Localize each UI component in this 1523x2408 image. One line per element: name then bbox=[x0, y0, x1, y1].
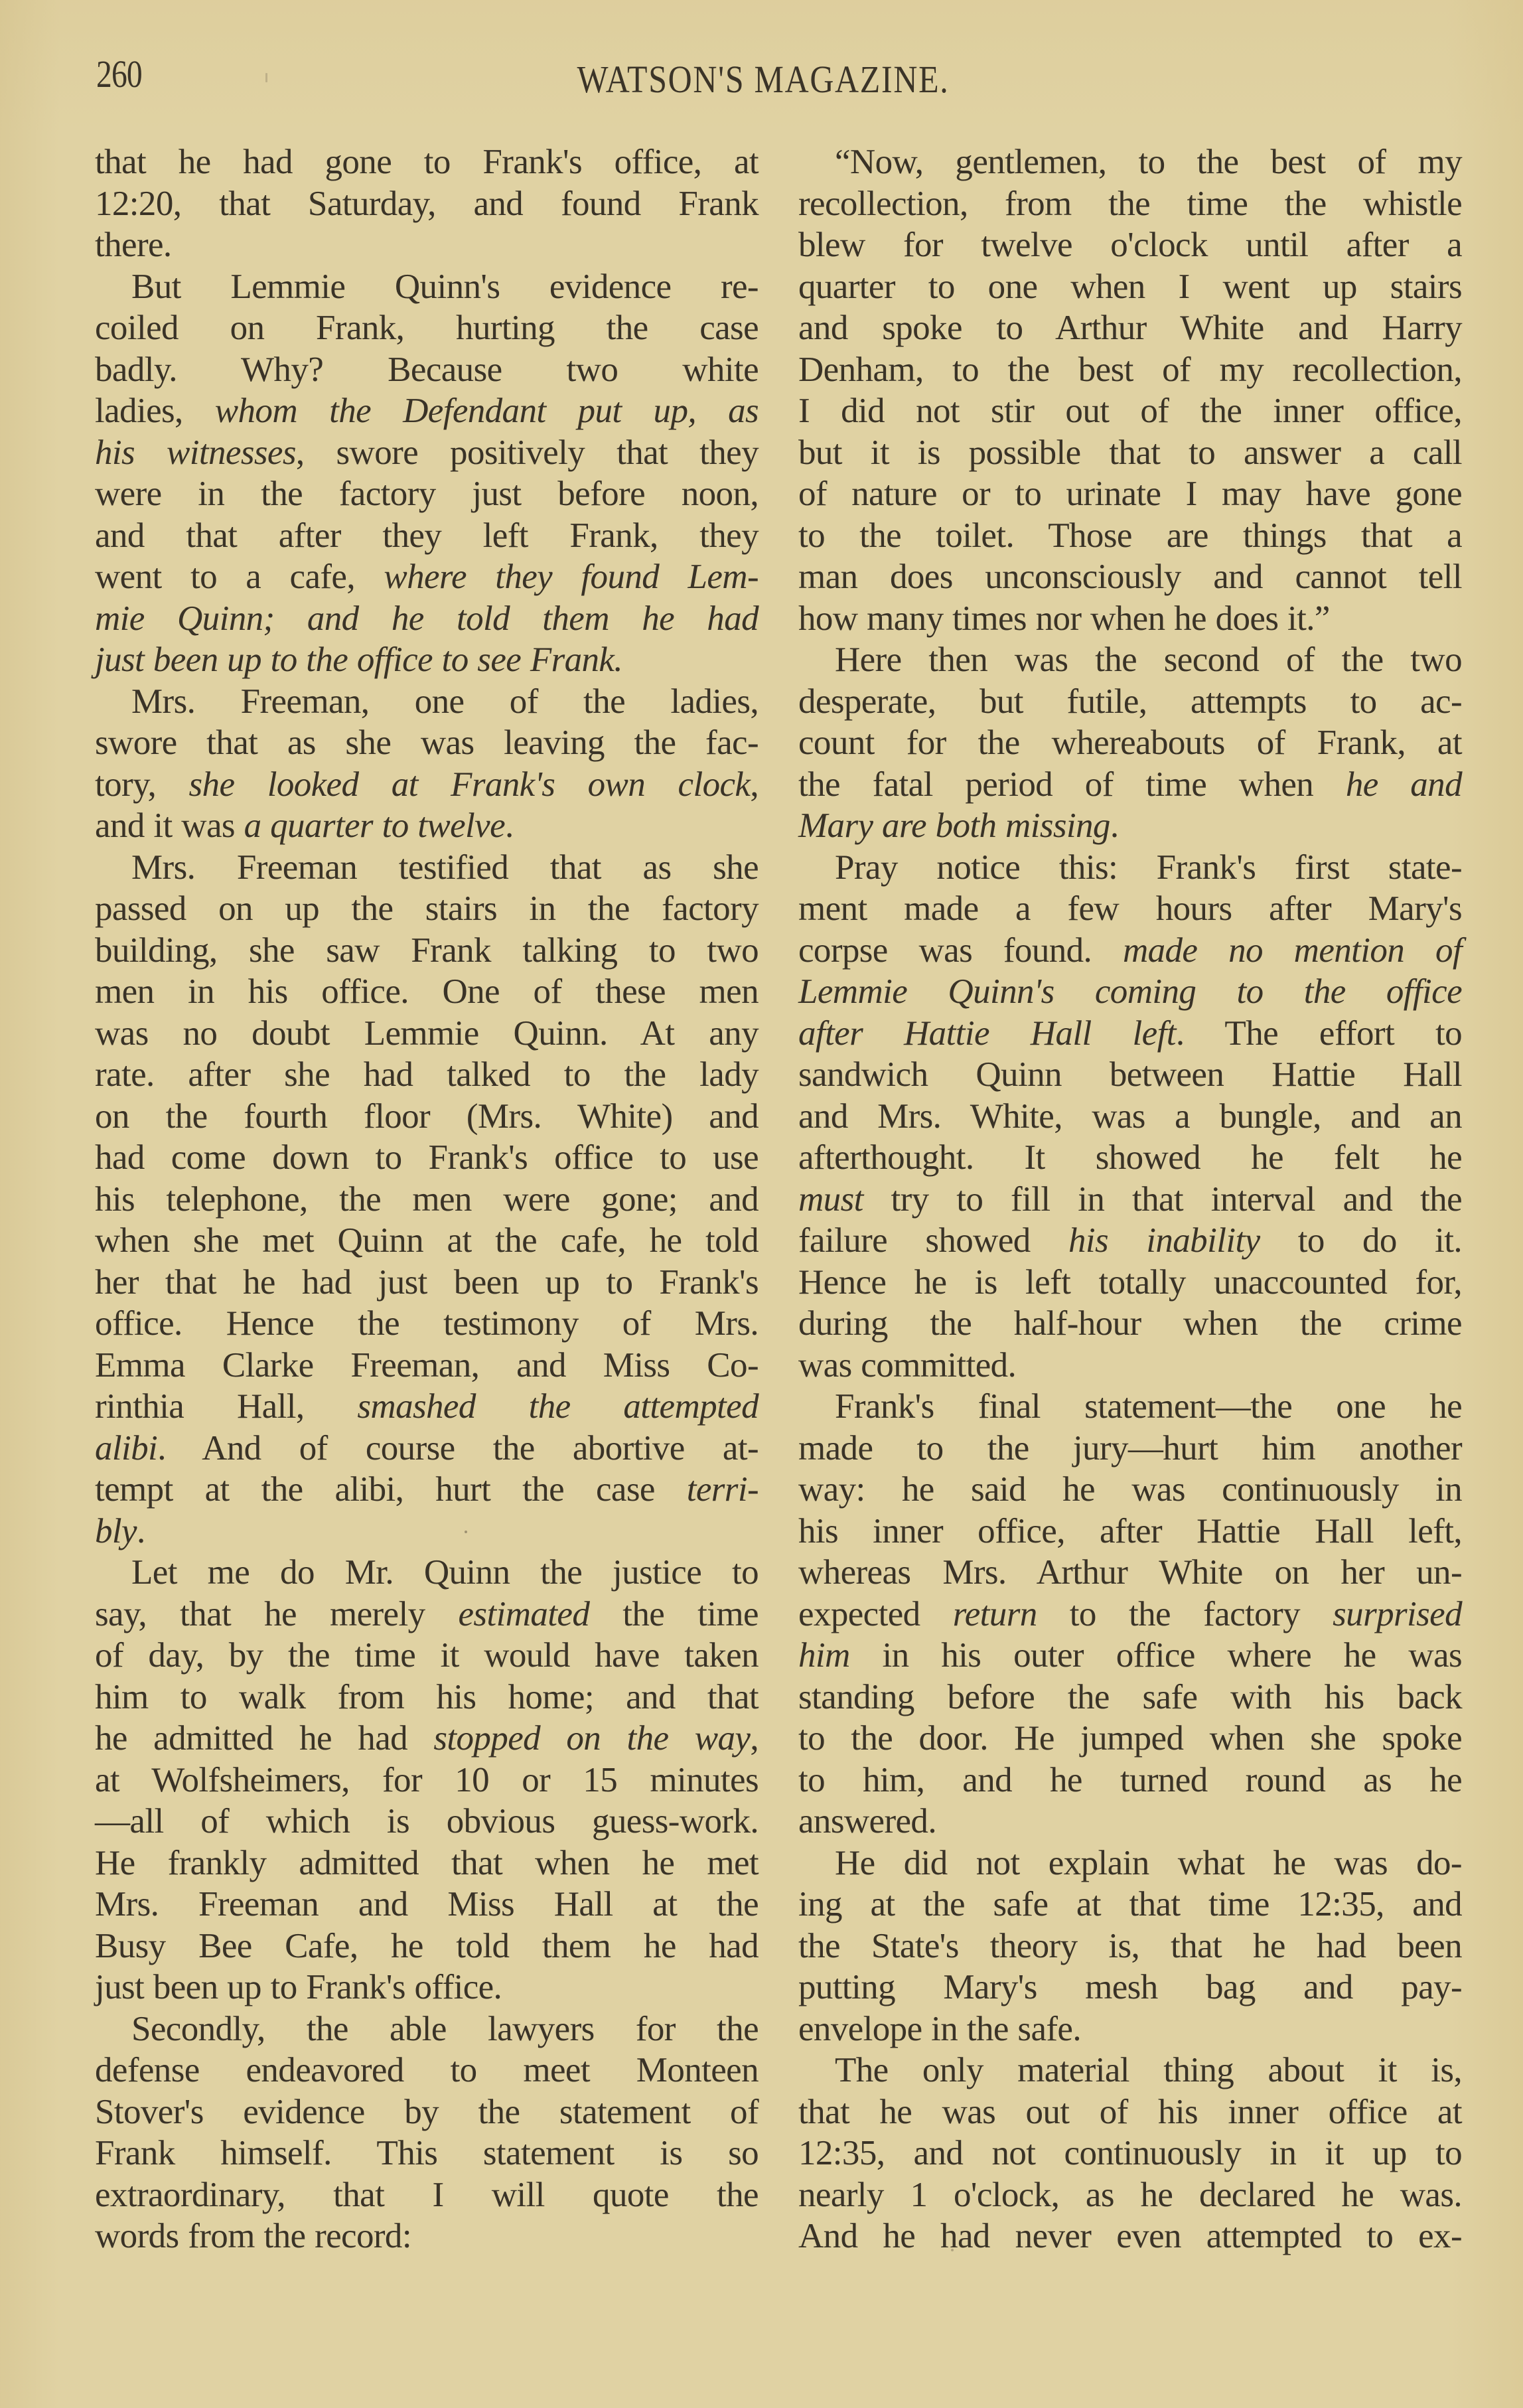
text-run: was no doubt Lemmie Quinn. At any bbox=[95, 1014, 759, 1053]
text-run: answered. bbox=[798, 1802, 936, 1841]
text-run: envelope in the safe. bbox=[798, 2010, 1081, 2048]
text-run: to do it. bbox=[1260, 1221, 1463, 1260]
text-line: his telephone, the men were gone; and bbox=[95, 1179, 759, 1221]
text-run: The only material thing about it is, bbox=[835, 2051, 1462, 2089]
text-line: 12:20, that Saturday, and found Frank bbox=[95, 183, 759, 225]
text-run: Mrs. Freeman testified that as she bbox=[131, 848, 759, 887]
text-run: . bbox=[137, 1512, 145, 1550]
paragraph-first-line: But Lemmie Quinn's evidence re- bbox=[95, 266, 759, 308]
text-run: to him, and he turned round as he bbox=[798, 1761, 1462, 1799]
text-line: alibi. And of course the abortive at- bbox=[95, 1428, 759, 1469]
text-line: Mary are both missing. bbox=[798, 805, 1462, 847]
text-line: must try to fill in that interval and th… bbox=[798, 1179, 1462, 1221]
text-line: failure showed his inability to do it. bbox=[798, 1220, 1462, 1262]
text-run: And he had never even attempted to ex- bbox=[798, 2217, 1462, 2255]
text-run: recollection, from the time the whistle bbox=[798, 185, 1462, 223]
text-line: the fatal period of time when he and bbox=[798, 764, 1462, 806]
text-run: . The effort to bbox=[1176, 1014, 1462, 1053]
text-run: at Wolfsheimers, for 10 or 15 minutes bbox=[95, 1761, 759, 1799]
text-run: coiled on Frank, hurting the case bbox=[95, 309, 759, 347]
text-line: that he had gone to Frank's office, at bbox=[95, 141, 759, 183]
text-run: sandwich Quinn between Hattie Hall bbox=[798, 1055, 1462, 1094]
text-run: his telephone, the men were gone; and bbox=[95, 1180, 759, 1219]
text-run: to the toilet. Those are things that a bbox=[798, 516, 1462, 555]
text-line: tempt at the alibi, hurt the case terri- bbox=[95, 1469, 759, 1511]
text-line: the State's theory is, that he had been bbox=[798, 1925, 1462, 1967]
text-run: Denham, to the best of my recollection, bbox=[798, 350, 1462, 389]
text-line: at Wolfsheimers, for 10 or 15 minutes bbox=[95, 1760, 759, 1801]
text-run: He did not explain what he was do- bbox=[835, 1844, 1462, 1882]
text-run: that he was out of his inner office at bbox=[798, 2093, 1462, 2131]
text-line: and spoke to Arthur White and Harry bbox=[798, 307, 1462, 349]
text-run: him to walk from his home; and that bbox=[95, 1678, 759, 1716]
text-run: standing before the safe with his back bbox=[798, 1678, 1462, 1716]
paragraph-first-line: Let me do Mr. Quinn the justice to bbox=[95, 1552, 759, 1594]
text-run: extraordinary, that I will quote the bbox=[95, 2176, 759, 2214]
page-number: 260 bbox=[96, 52, 142, 96]
text-line: Emma Clarke Freeman, and Miss Co- bbox=[95, 1345, 759, 1387]
text-line: his witnesses, swore positively that the… bbox=[95, 432, 759, 474]
text-line: nearly 1 o'clock, as he declared he was. bbox=[798, 2174, 1462, 2216]
text-line: putting Mary's mesh bag and pay- bbox=[798, 1967, 1462, 2008]
text-line: Mrs. Freeman and Miss Hall at the bbox=[95, 1884, 759, 1925]
running-head: 260 WATSON'S MAGAZINE. bbox=[0, 45, 1523, 98]
italic-emphasis: terri- bbox=[687, 1470, 759, 1509]
text-line: had come down to Frank's office to use bbox=[95, 1137, 759, 1179]
text-run: —all of which is obvious guess-work. bbox=[95, 1802, 759, 1841]
text-line: men in his office. One of these men bbox=[95, 971, 759, 1013]
text-line: made to the jury—hurt him another bbox=[798, 1428, 1462, 1469]
text-line: words from the record: bbox=[95, 2216, 759, 2257]
text-line: corpse was found. made no mention of bbox=[798, 930, 1462, 972]
text-run: Busy Bee Cafe, he told them he had bbox=[95, 1927, 759, 1965]
italic-emphasis: just been up to the office to see Frank. bbox=[95, 640, 622, 679]
text-line: rinthia Hall, smashed the attempted bbox=[95, 1386, 759, 1428]
text-run: tory, bbox=[95, 765, 189, 804]
text-run: Let me do Mr. Quinn the justice to bbox=[131, 1553, 759, 1592]
text-run: Frank's final statement—the one he bbox=[835, 1387, 1462, 1426]
text-line: way: he said he was continuously in bbox=[798, 1469, 1462, 1511]
text-run: and Mrs. White, was a bungle, and an bbox=[798, 1097, 1462, 1136]
italic-emphasis: alibi bbox=[95, 1429, 157, 1467]
text-run: ing at the safe at that time 12:35, and bbox=[798, 1885, 1462, 1923]
italic-emphasis: must bbox=[798, 1180, 863, 1219]
italic-emphasis: return bbox=[953, 1595, 1037, 1633]
text-run: way: he said he was continuously in bbox=[798, 1470, 1462, 1509]
text-line: ing at the safe at that time 12:35, and bbox=[798, 1884, 1462, 1925]
text-line: during the half-hour when the crime bbox=[798, 1303, 1462, 1345]
italic-emphasis: him bbox=[798, 1636, 850, 1675]
text-line: to the toilet. Those are things that a bbox=[798, 515, 1462, 557]
text-line: extraordinary, that I will quote the bbox=[95, 2174, 759, 2216]
text-run: , bbox=[750, 1719, 759, 1758]
text-line: her that he had just been up to Frank's bbox=[95, 1262, 759, 1304]
text-run: putting Mary's mesh bag and pay- bbox=[798, 1968, 1462, 2006]
text-run: Stover's evidence by the statement of bbox=[95, 2093, 759, 2131]
text-run: quarter to one when I went up stairs bbox=[798, 267, 1462, 306]
text-line: Busy Bee Cafe, he told them he had bbox=[95, 1925, 759, 1967]
text-run: on the fourth floor (Mrs. White) and bbox=[95, 1097, 759, 1136]
text-run: were in the factory just before noon, bbox=[95, 475, 759, 513]
text-line: of nature or to urinate I may have gone bbox=[798, 473, 1462, 515]
text-run: ladies, bbox=[95, 392, 215, 430]
text-run: nearly 1 o'clock, as he declared he was. bbox=[798, 2176, 1462, 2214]
text-line: count for the whereabouts of Frank, at bbox=[798, 722, 1462, 764]
italic-emphasis: after Hattie Hall left bbox=[798, 1014, 1176, 1053]
text-run: . bbox=[1110, 806, 1119, 845]
text-run: just been up to Frank's office. bbox=[95, 1968, 502, 2006]
text-line: when she met Quinn at the cafe, he told bbox=[95, 1220, 759, 1262]
text-line: Lemmie Quinn's coming to the office bbox=[798, 971, 1462, 1013]
text-line: recollection, from the time the whistle bbox=[798, 183, 1462, 225]
text-line: standing before the safe with his back bbox=[798, 1677, 1462, 1718]
text-line: passed on up the stairs in the factory bbox=[95, 888, 759, 930]
text-run: badly. Why? Because two white bbox=[95, 350, 759, 389]
text-run: when she met Quinn at the cafe, he told bbox=[95, 1221, 759, 1260]
print-speck bbox=[951, 2249, 954, 2251]
text-line: ment made a few hours after Mary's bbox=[798, 888, 1462, 930]
text-line: mie Quinn; and he told them he had bbox=[95, 598, 759, 640]
text-run: went to a cafe, bbox=[95, 558, 384, 596]
text-run: desperate, but futile, attempts to ac- bbox=[798, 682, 1462, 721]
paragraph-first-line: Secondly, the able lawyers for the bbox=[95, 2008, 759, 2050]
italic-emphasis: estimated bbox=[459, 1595, 590, 1633]
text-line: Denham, to the best of my recollection, bbox=[798, 349, 1462, 391]
text-line: how many times nor when he does it.” bbox=[798, 598, 1462, 640]
text-line: on the fourth floor (Mrs. White) and bbox=[95, 1096, 759, 1138]
text-run: swore that as she was leaving the fac- bbox=[95, 723, 759, 762]
text-run: 12:35, and not continuously in it up to bbox=[798, 2134, 1462, 2172]
text-run: of nature or to urinate I may have gone bbox=[798, 475, 1462, 513]
text-line: to him, and he turned round as he bbox=[798, 1760, 1462, 1801]
text-run: He frankly admitted that when he met bbox=[95, 1844, 759, 1882]
text-run: had come down to Frank's office to use bbox=[95, 1138, 759, 1177]
text-line: to the door. He jumped when she spoke bbox=[798, 1718, 1462, 1760]
text-run: that he had gone to Frank's office, at bbox=[95, 143, 759, 181]
text-run: Frank himself. This statement is so bbox=[95, 2134, 759, 2172]
text-line: expected return to the factory surprised bbox=[798, 1594, 1462, 1635]
text-run: the time bbox=[589, 1595, 759, 1633]
text-line: building, she saw Frank talking to two bbox=[95, 930, 759, 972]
text-line: office. Hence the testimony of Mrs. bbox=[95, 1303, 759, 1345]
italic-emphasis: smashed the attempted bbox=[357, 1387, 759, 1426]
text-run: there. bbox=[95, 226, 172, 264]
text-line: And he had never even attempted to ex- bbox=[798, 2216, 1462, 2257]
italic-emphasis: his inability bbox=[1068, 1221, 1260, 1260]
text-run: afterthought. It showed he felt he bbox=[798, 1138, 1462, 1177]
paragraph-first-line: Mrs. Freeman testified that as she bbox=[95, 847, 759, 889]
text-run: failure showed bbox=[798, 1221, 1068, 1260]
italic-emphasis: mie Quinn; and he told them he had bbox=[95, 599, 759, 638]
paragraph-first-line: Here then was the second of the two bbox=[798, 639, 1462, 681]
text-run: the fatal period of time when bbox=[798, 765, 1346, 804]
left-text-column: that he had gone to Frank's office, at12… bbox=[95, 141, 759, 2257]
text-run: whereas Mrs. Arthur White on her un- bbox=[798, 1553, 1462, 1592]
text-run: made to the jury—hurt him another bbox=[798, 1429, 1462, 1467]
text-run: ment made a few hours after Mary's bbox=[798, 889, 1462, 928]
text-run: “Now, gentlemen, to the best of my bbox=[835, 143, 1462, 181]
text-run: say, that he merely bbox=[95, 1595, 459, 1633]
magazine-page: 260 WATSON'S MAGAZINE. that he had gone … bbox=[0, 0, 1523, 2408]
text-line: that he was out of his inner office at bbox=[798, 2091, 1462, 2133]
print-speck bbox=[265, 73, 267, 82]
text-line: coiled on Frank, hurting the case bbox=[95, 307, 759, 349]
text-line: say, that he merely estimated the time bbox=[95, 1594, 759, 1635]
text-line: went to a cafe, where they found Lem- bbox=[95, 556, 759, 598]
text-line: I did not stir out of the inner office, bbox=[798, 390, 1462, 432]
text-line: ladies, whom the Defendant put up, as bbox=[95, 390, 759, 432]
text-line: were in the factory just before noon, bbox=[95, 473, 759, 515]
text-run: Here then was the second of the two bbox=[835, 640, 1462, 679]
text-run: he admitted he had bbox=[95, 1719, 433, 1758]
text-run: her that he had just been up to Frank's bbox=[95, 1263, 759, 1302]
text-line: Stover's evidence by the statement of bbox=[95, 2091, 759, 2133]
text-run: the State's theory is, that he had been bbox=[798, 1927, 1462, 1965]
text-run: Mrs. Freeman and Miss Hall at the bbox=[95, 1885, 759, 1923]
text-run: expected bbox=[798, 1595, 953, 1633]
text-run: defense endeavored to meet Monteen bbox=[95, 2051, 759, 2089]
text-line: Frank himself. This statement is so bbox=[95, 2133, 759, 2174]
text-run: , bbox=[750, 765, 759, 804]
text-run: in his outer office where he was bbox=[850, 1636, 1462, 1675]
text-line: just been up to Frank's office. bbox=[95, 1967, 759, 2008]
text-run: But Lemmie Quinn's evidence re- bbox=[131, 267, 759, 306]
magazine-title: WATSON'S MAGAZINE. bbox=[484, 57, 1043, 102]
text-run: how many times nor when he does it.” bbox=[798, 599, 1330, 638]
text-run: was committed. bbox=[798, 1346, 1016, 1385]
text-line: He frankly admitted that when he met bbox=[95, 1843, 759, 1884]
text-line: whereas Mrs. Arthur White on her un- bbox=[798, 1552, 1462, 1594]
paragraph-first-line: The only material thing about it is, bbox=[798, 2050, 1462, 2091]
text-line: tory, she looked at Frank's own clock, bbox=[95, 764, 759, 806]
italic-emphasis: Lemmie Quinn's coming to the office bbox=[798, 972, 1462, 1011]
text-line: his inner office, after Hattie Hall left… bbox=[798, 1511, 1462, 1552]
text-run: his inner office, after Hattie Hall left… bbox=[798, 1512, 1462, 1550]
italic-emphasis: a quarter to twelve bbox=[244, 806, 505, 845]
text-line: of day, by the time it would have taken bbox=[95, 1635, 759, 1677]
text-line: just been up to the office to see Frank. bbox=[95, 639, 759, 681]
text-line: quarter to one when I went up stairs bbox=[798, 266, 1462, 308]
text-line: blew for twelve o'clock until after a bbox=[798, 224, 1462, 266]
text-line: —all of which is obvious guess-work. bbox=[95, 1801, 759, 1843]
text-line: him in his outer office where he was bbox=[798, 1635, 1462, 1677]
text-run: men in his office. One of these men bbox=[95, 972, 759, 1011]
text-run: rinthia Hall, bbox=[95, 1387, 357, 1426]
text-run: Mrs. Freeman, one of the ladies, bbox=[131, 682, 759, 721]
text-run: Pray notice this: Frank's first state- bbox=[835, 848, 1462, 887]
paragraph-first-line: Frank's final statement—the one he bbox=[798, 1386, 1462, 1428]
italic-emphasis: he and bbox=[1346, 765, 1462, 804]
text-run: but it is possible that to answer a call bbox=[798, 433, 1462, 472]
text-line: was no doubt Lemmie Quinn. At any bbox=[95, 1013, 759, 1055]
text-run: building, she saw Frank talking to two bbox=[95, 931, 759, 970]
text-run: and it was bbox=[95, 806, 244, 845]
right-text-column: “Now, gentlemen, to the best of myrecoll… bbox=[798, 141, 1462, 2257]
text-run: . And of course the abortive at- bbox=[157, 1429, 759, 1467]
italic-emphasis: Mary are both missing bbox=[798, 806, 1110, 845]
text-run: Secondly, the able lawyers for the bbox=[131, 2010, 759, 2048]
text-run: blew for twelve o'clock until after a bbox=[798, 226, 1462, 264]
text-line: after Hattie Hall left. The effort to bbox=[798, 1013, 1462, 1055]
text-line: answered. bbox=[798, 1801, 1462, 1843]
text-run: 12:20, that Saturday, and found Frank bbox=[95, 185, 759, 223]
text-run: Hence he is left totally unaccounted for… bbox=[798, 1263, 1462, 1302]
print-speck bbox=[465, 1531, 467, 1533]
italic-emphasis: where they found Lem- bbox=[384, 558, 759, 596]
text-run: I did not stir out of the inner office, bbox=[798, 392, 1462, 430]
text-line: 12:35, and not continuously in it up to bbox=[798, 2133, 1462, 2174]
text-line: and it was a quarter to twelve. bbox=[95, 805, 759, 847]
text-line: envelope in the safe. bbox=[798, 2008, 1462, 2050]
text-line: but it is possible that to answer a call bbox=[798, 432, 1462, 474]
text-line: him to walk from his home; and that bbox=[95, 1677, 759, 1718]
text-line: swore that as she was leaving the fac- bbox=[95, 722, 759, 764]
text-run: tempt at the alibi, hurt the case bbox=[95, 1470, 687, 1509]
italic-emphasis: his witnesses bbox=[95, 433, 296, 472]
text-line: defense endeavored to meet Monteen bbox=[95, 2050, 759, 2091]
paragraph-first-line: Mrs. Freeman, one of the ladies, bbox=[95, 681, 759, 723]
text-line: desperate, but futile, attempts to ac- bbox=[798, 681, 1462, 723]
text-line: bly. bbox=[95, 1511, 759, 1552]
text-run: . bbox=[505, 806, 514, 845]
italic-emphasis: bly bbox=[95, 1512, 137, 1550]
text-line: was committed. bbox=[798, 1345, 1462, 1387]
text-run: corpse was found. bbox=[798, 931, 1123, 970]
text-run: count for the whereabouts of Frank, at bbox=[798, 723, 1462, 762]
italic-emphasis: surprised bbox=[1333, 1595, 1462, 1633]
italic-emphasis: made no mention of bbox=[1123, 931, 1462, 970]
text-run: passed on up the stairs in the factory bbox=[95, 889, 759, 928]
text-run: rate. after she had talked to the lady bbox=[95, 1055, 759, 1094]
text-run: and spoke to Arthur White and Harry bbox=[798, 309, 1462, 347]
text-line: rate. after she had talked to the lady bbox=[95, 1054, 759, 1096]
text-line: he admitted he had stopped on the way, bbox=[95, 1718, 759, 1760]
paragraph-first-line: He did not explain what he was do- bbox=[798, 1843, 1462, 1884]
text-run: man does unconsciously and cannot tell bbox=[798, 558, 1462, 596]
text-run: try to fill in that interval and the bbox=[863, 1180, 1462, 1219]
text-run: during the half-hour when the crime bbox=[798, 1304, 1462, 1343]
text-line: there. bbox=[95, 224, 759, 266]
text-line: afterthought. It showed he felt he bbox=[798, 1137, 1462, 1179]
text-run: Emma Clarke Freeman, and Miss Co- bbox=[95, 1346, 759, 1385]
text-run: and that after they left Frank, they bbox=[95, 516, 759, 555]
text-run: words from the record: bbox=[95, 2217, 411, 2255]
text-line: and Mrs. White, was a bungle, and an bbox=[798, 1096, 1462, 1138]
text-run: , swore positively that they bbox=[296, 433, 759, 472]
text-line: man does unconsciously and cannot tell bbox=[798, 556, 1462, 598]
text-run: of day, by the time it would have taken bbox=[95, 1636, 759, 1675]
italic-emphasis: she looked at Frank's own clock bbox=[189, 765, 751, 804]
text-line: and that after they left Frank, they bbox=[95, 515, 759, 557]
text-line: badly. Why? Because two white bbox=[95, 349, 759, 391]
paragraph-first-line: Pray notice this: Frank's first state- bbox=[798, 847, 1462, 889]
text-line: sandwich Quinn between Hattie Hall bbox=[798, 1054, 1462, 1096]
italic-emphasis: whom the Defendant put up, as bbox=[215, 392, 759, 430]
text-run: to the door. He jumped when she spoke bbox=[798, 1719, 1462, 1758]
text-run: office. Hence the testimony of Mrs. bbox=[95, 1304, 759, 1343]
paragraph-first-line: “Now, gentlemen, to the best of my bbox=[798, 141, 1462, 183]
italic-emphasis: stopped on the way bbox=[433, 1719, 750, 1758]
text-run: to the factory bbox=[1037, 1595, 1333, 1633]
text-line: Hence he is left totally unaccounted for… bbox=[798, 1262, 1462, 1304]
